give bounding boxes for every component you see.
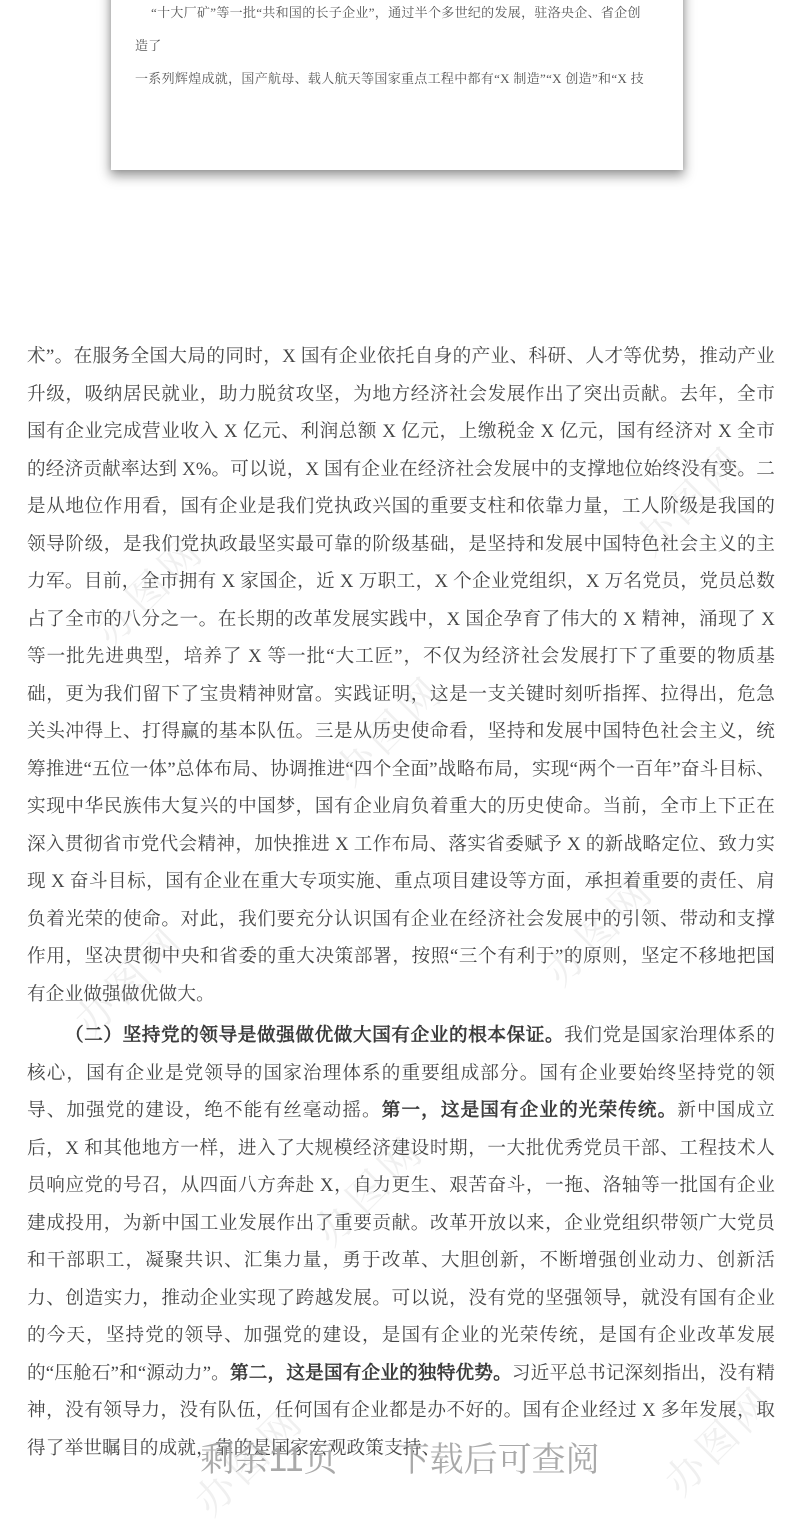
- body-text-run: 术”。在服务全国大局的同时，X 国有企业依托自身的产业、科研、人才等优势，推动产…: [27, 346, 775, 1005]
- body-text-run: 新中国成立后，X 和其他地方一样，进入了大规模经济建设时期，一大批优秀党员干部、…: [27, 1100, 775, 1384]
- preview-card-line: “十大厂矿”等一批“共和国的长子企业”，通过半个多世纪的发展，驻洛央企、省企创造…: [135, 0, 653, 62]
- document-body: 术”。在服务全国大局的同时，X 国有企业依托自身的产业、科研、人才等优势，推动产…: [27, 338, 775, 1467]
- bold-heading-text: 第二，这是国有企业的独特优势。: [230, 1363, 512, 1384]
- paragraph: （二）坚持党的领导是做强做优做大国有企业的根本保证。我们党是国家治理体系的核心，…: [27, 1017, 775, 1467]
- paragraph: 术”。在服务全国大局的同时，X 国有企业依托自身的产业、科研、人才等优势，推动产…: [27, 338, 775, 1013]
- preview-card-line: 一系列辉煌成就，国产航母、载人航天等国家重点工程中都有“X 制造”“X 创造”和…: [135, 62, 653, 95]
- document-preview-card: “十大厂矿”等一批“共和国的长子企业”，通过半个多世纪的发展，驻洛央企、省企创造…: [111, 0, 683, 170]
- page-remaining-banner: 剩余11页下载后可查阅: [0, 1436, 800, 1484]
- footer-remaining-pages: 剩余11页: [200, 1441, 337, 1479]
- bold-heading-text: （二）坚持党的领导是做强做优做大国有企业的根本保证。: [65, 1025, 564, 1046]
- bold-heading-text: 第一，这是国有企业的光荣传统。: [382, 1100, 678, 1121]
- footer-download-hint: 下载后可查阅: [396, 1441, 600, 1479]
- preview-card-text: “十大厂矿”等一批“共和国的长子企业”，通过半个多世纪的发展，驻洛央企、省企创造…: [111, 0, 683, 95]
